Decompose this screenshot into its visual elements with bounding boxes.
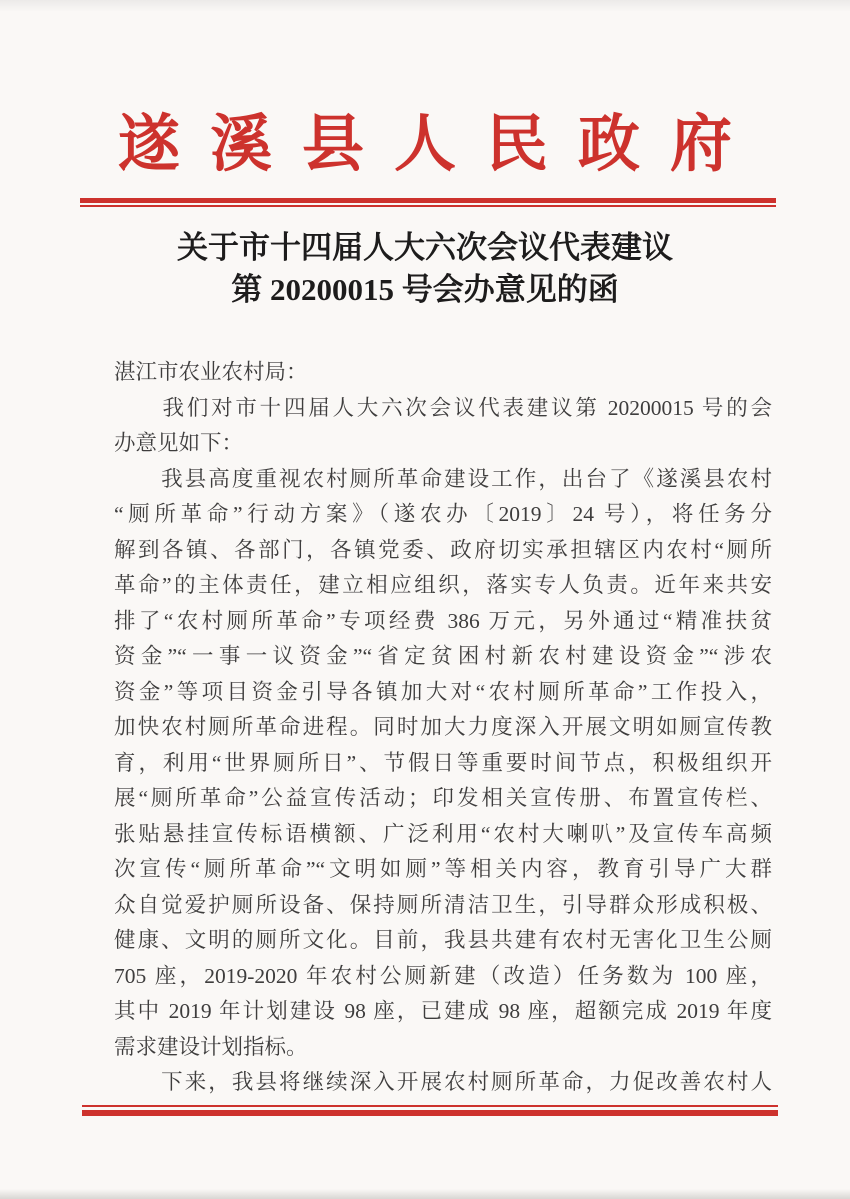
- divider-thin-line: [80, 205, 776, 207]
- document-title-line-2: 第 20200015 号会办意见的函: [0, 269, 850, 311]
- scanned-official-letter: 遂溪县人民政府 关于市十四届人大六次会议代表建议 第 20200015 号会办意…: [0, 0, 850, 1199]
- divider-thin-line: [82, 1105, 778, 1107]
- body-line: 我们对市十四届人大六次会议代表建议第 20200015 号的会: [114, 391, 772, 427]
- scan-shadow-top: [0, 0, 850, 12]
- body-line: 排了“农村厕所革命”专项经费 386 万元，另外通过“精准扶贫: [114, 604, 772, 640]
- letter-body: 湛江市农业农村局： 我们对市十四届人大六次会议代表建议第 20200015 号的…: [114, 355, 772, 1101]
- body-line: “厕所革命”行动方案》（遂农办〔2019〕24 号），将任务分: [114, 497, 772, 533]
- body-line: 革命”的主体责任，建立相应组织，落实专人负责。近年来共安: [114, 568, 772, 604]
- divider-thick-line: [80, 198, 776, 203]
- body-line: 加快农村厕所革命进程。同时加大力度深入开展文明如厕宣传教: [114, 710, 772, 746]
- body-line: 解到各镇、各部门，各镇党委、政府切实承担辖区内农村“厕所: [114, 533, 772, 569]
- body-line: 张贴悬挂宣传标语横额、广泛利用“农村大喇叭”及宣传车高频: [114, 817, 772, 853]
- body-line: 育，利用“世界厕所日”、节假日等重要时间节点，积极组织开: [114, 746, 772, 782]
- body-line: 705 座，2019-2020 年农村公厕新建（改造）任务数为 100 座，: [114, 959, 772, 995]
- letterhead-org-name: 遂溪县人民政府: [0, 113, 850, 177]
- body-line: 资金”“一事一议资金”“省定贫困村新农村建设资金”“涉农: [114, 639, 772, 675]
- body-line: 众自觉爱护厕所设备、保持厕所清洁卫生，引导群众形成积极、: [114, 888, 772, 924]
- body-line: 其中 2019 年计划建设 98 座，已建成 98 座，超额完成 2019 年度: [114, 994, 772, 1030]
- body-line: 资金”等项目资金引导各镇加大对“农村厕所革命”工作投入，: [114, 675, 772, 711]
- recipient-line: 湛江市农业农村局：: [114, 355, 772, 391]
- body-line: 办意见如下：: [114, 426, 772, 462]
- document-title: 关于市十四届人大六次会议代表建议 第 20200015 号会办意见的函: [0, 227, 850, 311]
- body-line: 次宣传“厕所革命”“文明如厕”等相关内容，教育引导广大群: [114, 852, 772, 888]
- letterhead-divider: [80, 198, 776, 207]
- body-line: 我县高度重视农村厕所革命建设工作，出台了《遂溪县农村: [114, 462, 772, 498]
- scan-shadow-bottom: [0, 1189, 850, 1199]
- body-line: 需求建设计划指标。: [114, 1030, 772, 1066]
- document-title-line-1: 关于市十四届人大六次会议代表建议: [0, 227, 850, 269]
- divider-thick-line: [82, 1110, 778, 1116]
- body-line: 下来，我县将继续深入开展农村厕所革命，力促改善农村人: [114, 1065, 772, 1101]
- body-line: 健康、文明的厕所文化。目前，我县共建有农村无害化卫生公厕: [114, 923, 772, 959]
- body-line: 展“厕所革命”公益宣传活动；印发相关宣传册、布置宣传栏、: [114, 781, 772, 817]
- footer-divider: [82, 1105, 778, 1116]
